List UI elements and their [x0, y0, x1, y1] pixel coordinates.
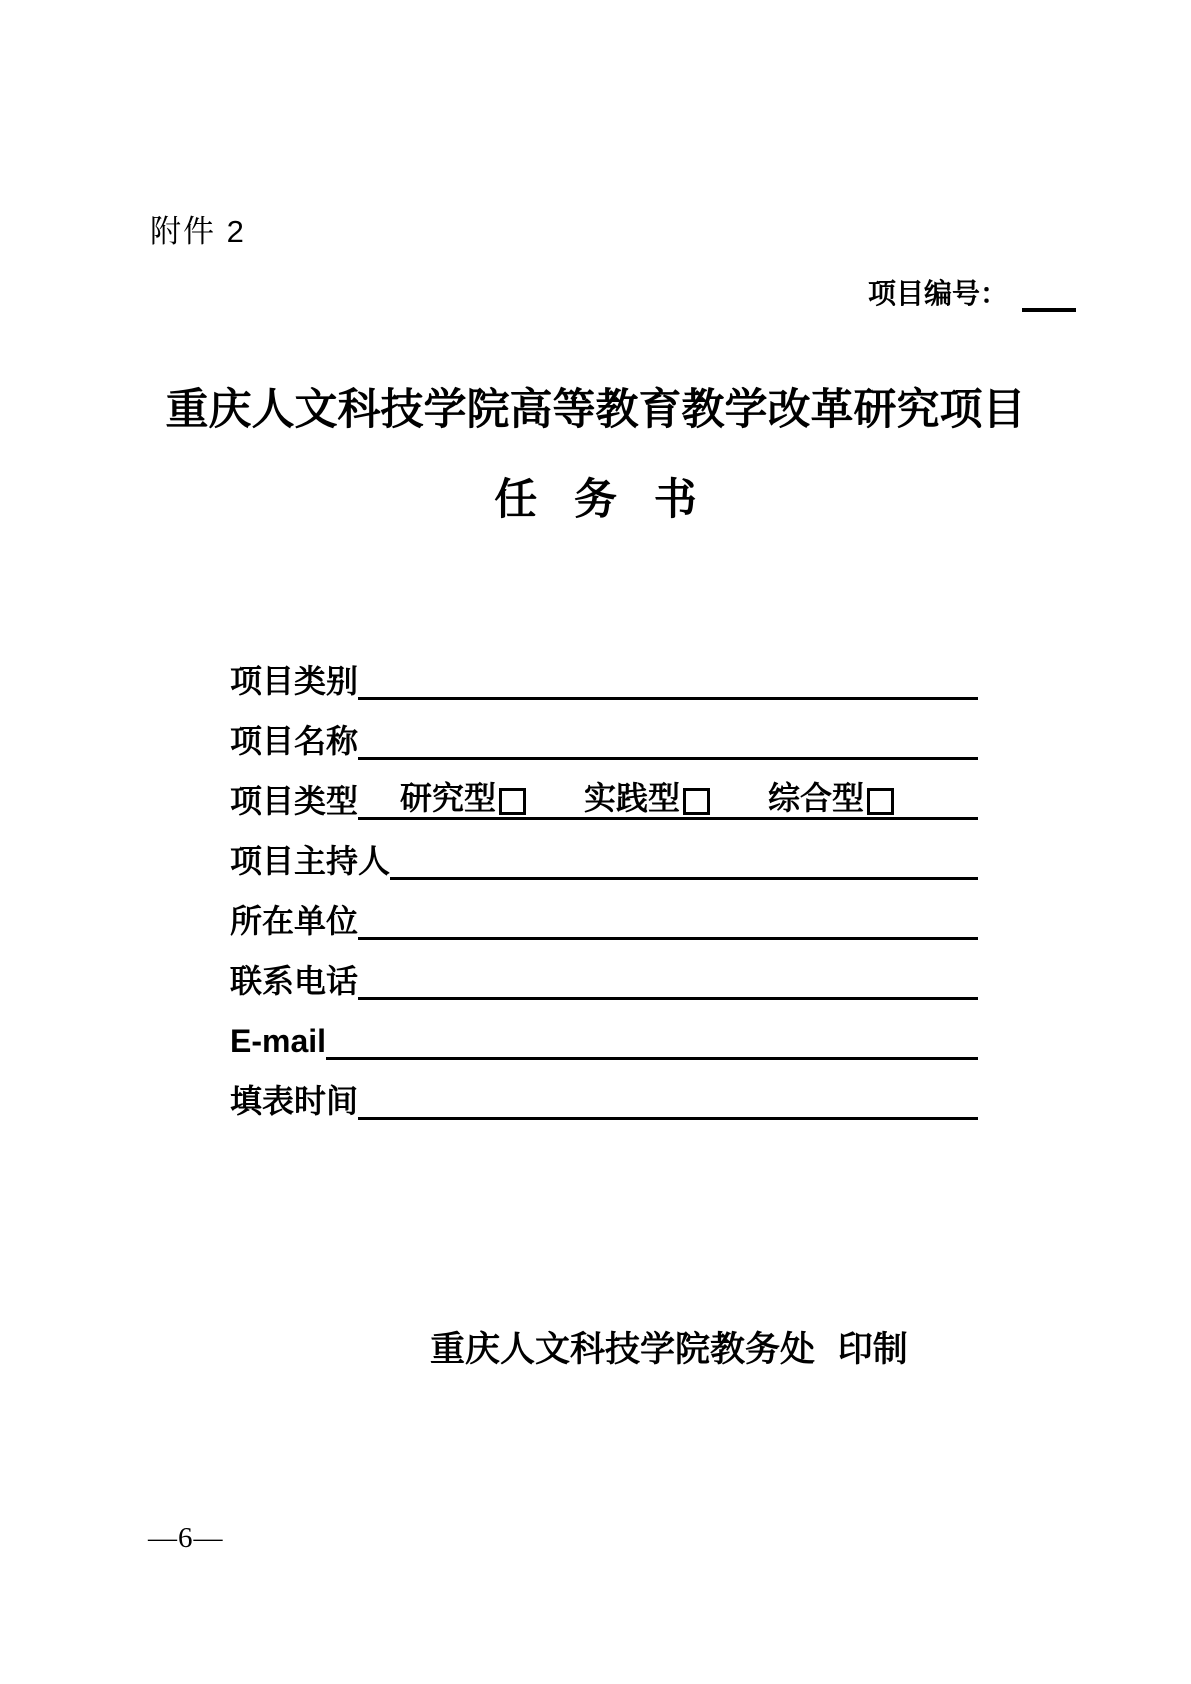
form-row-email: E-mail [230, 1000, 978, 1060]
option-label-practice: 实践型 [584, 780, 680, 817]
field-blank-project-type: 研究型 实践型 综合型 [358, 776, 978, 820]
field-blank-project-category[interactable] [358, 656, 978, 700]
form-row-project-leader: 项目主持人 [230, 820, 978, 880]
option-research-type: 研究型 [400, 780, 526, 817]
field-label-project-name: 项目名称 [230, 723, 358, 760]
document-page: 附件 2 项目编号： 重庆人文科技学院高等教育教学改革研究项目 任 务 书 项目… [0, 0, 1191, 1684]
field-blank-project-name[interactable] [358, 716, 978, 760]
page-number: —6— [148, 1522, 224, 1555]
checkbox-research-type[interactable] [499, 788, 526, 815]
field-label-email: E-mail [230, 1023, 326, 1060]
form-row-project-type: 项目类型 研究型 实践型 综合型 [230, 760, 978, 820]
field-blank-phone[interactable] [358, 956, 978, 1000]
field-label-project-category: 项目类别 [230, 663, 358, 700]
field-label-project-leader: 项目主持人 [230, 843, 390, 880]
field-blank-fill-date[interactable] [358, 1076, 978, 1120]
document-subtitle: 任 务 书 [0, 466, 1191, 527]
cover-form: 项目类别 项目名称 项目类型 研究型 实践型 综合型 [230, 640, 978, 1120]
field-label-affiliation: 所在单位 [230, 903, 358, 940]
option-label-comprehensive: 综合型 [768, 780, 864, 817]
field-label-phone: 联系电话 [230, 963, 358, 1000]
field-blank-affiliation[interactable] [358, 896, 978, 940]
option-label-research: 研究型 [400, 780, 496, 817]
project-number-blank[interactable] [1022, 280, 1076, 312]
option-practice-type: 实践型 [584, 780, 710, 817]
project-number-label: 项目编号： [868, 272, 1008, 312]
checkbox-practice-type[interactable] [683, 788, 710, 815]
form-row-fill-date: 填表时间 [230, 1060, 978, 1120]
form-row-project-category: 项目类别 [230, 640, 978, 700]
field-blank-project-leader[interactable] [390, 836, 978, 880]
form-row-affiliation: 所在单位 [230, 880, 978, 940]
field-blank-email[interactable] [326, 1016, 978, 1060]
printer-note: 重庆人文科技学院教务处 印制 [430, 1322, 908, 1372]
field-label-fill-date: 填表时间 [230, 1083, 358, 1120]
form-row-project-name: 项目名称 [230, 700, 978, 760]
checkbox-comprehensive-type[interactable] [867, 788, 894, 815]
option-comprehensive-type: 综合型 [768, 780, 894, 817]
form-row-phone: 联系电话 [230, 940, 978, 1000]
document-title: 重庆人文科技学院高等教育教学改革研究项目 [0, 376, 1191, 437]
project-number-row: 项目编号： [868, 272, 1076, 312]
field-label-project-type: 项目类型 [230, 783, 358, 820]
attachment-label: 附件 2 [150, 206, 246, 251]
